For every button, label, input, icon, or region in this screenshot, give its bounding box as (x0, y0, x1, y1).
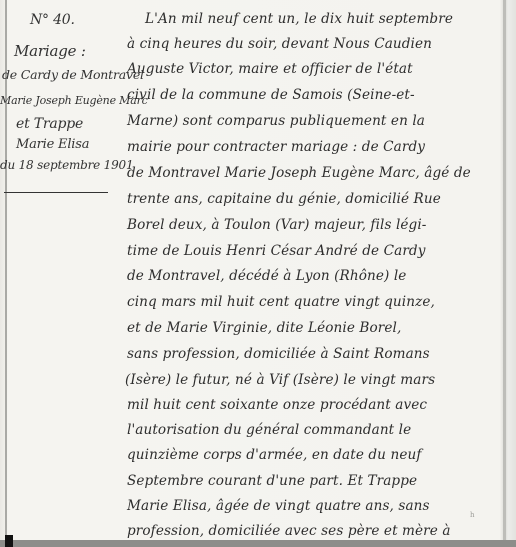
page-mark: h (470, 511, 475, 519)
body-line: trente ans, capitaine du génie, domicili… (127, 191, 441, 207)
page-edge (503, 0, 506, 547)
body-line: cinq mars mil huit cent quatre vingt qui… (127, 294, 435, 310)
body-line: (Isère) le futur, né à Vif (Isère) le vi… (125, 372, 435, 388)
body-line: Septembre courant d'une part. Et Trappe (127, 473, 417, 489)
body-line: L'An mil neuf cent un, le dix huit septe… (145, 11, 453, 27)
body-line: à cinq heures du soir, devant Nous Caudi… (127, 36, 432, 52)
margin-divider (4, 192, 108, 193)
scan-corner-mark (5, 535, 13, 547)
bride-surname: et Trappe (16, 116, 83, 132)
body-line: mil huit cent soixante onze procédant av… (127, 397, 427, 413)
margin-annotation: N° 40. Mariage : de Cardy de Montravel M… (0, 0, 130, 200)
groom-surname: de Cardy de Montravel (2, 67, 144, 82)
body-line: mairie pour contracter mariage : de Card… (127, 139, 425, 155)
body-line: l'autorisation du général commandant le (127, 422, 411, 438)
document-page: N° 40. Mariage : de Cardy de Montravel M… (0, 0, 516, 547)
body-line: et de Marie Virginie, dite Léonie Borel, (127, 320, 401, 336)
body-line: sans profession, domiciliée à Saint Roma… (127, 346, 430, 362)
body-line: de Montravel, décédé à Lyon (Rhône) le (127, 268, 406, 284)
body-line: civil de la commune de Samois (Seine-et- (127, 87, 415, 103)
body-line: Marie Elisa, âgée de vingt quatre ans, s… (127, 498, 430, 514)
body-line: Auguste Victor, maire et officier de l'é… (127, 61, 413, 77)
body-line: profession, domiciliée avec ses père et … (127, 523, 451, 539)
body-line: quinzième corps d'armée, en date du neuf (127, 447, 421, 463)
body-line: de Montravel Marie Joseph Eugène Marc, â… (127, 165, 471, 181)
bride-given-names: Marie Elisa (16, 137, 89, 152)
record-number: N° 40. (30, 12, 75, 28)
margin-title: Mariage : (14, 42, 86, 60)
groom-given-names: Marie Joseph Eugène Marc (0, 94, 148, 107)
marriage-date: du 18 septembre 1901 (0, 158, 133, 172)
scan-border (0, 540, 516, 547)
body-line: Marne) sont comparus publiquement en la (127, 113, 425, 129)
body-line: Borel deux, à Toulon (Var) majeur, fils … (127, 217, 427, 233)
body-line: time de Louis Henri César André de Cardy (127, 243, 426, 259)
